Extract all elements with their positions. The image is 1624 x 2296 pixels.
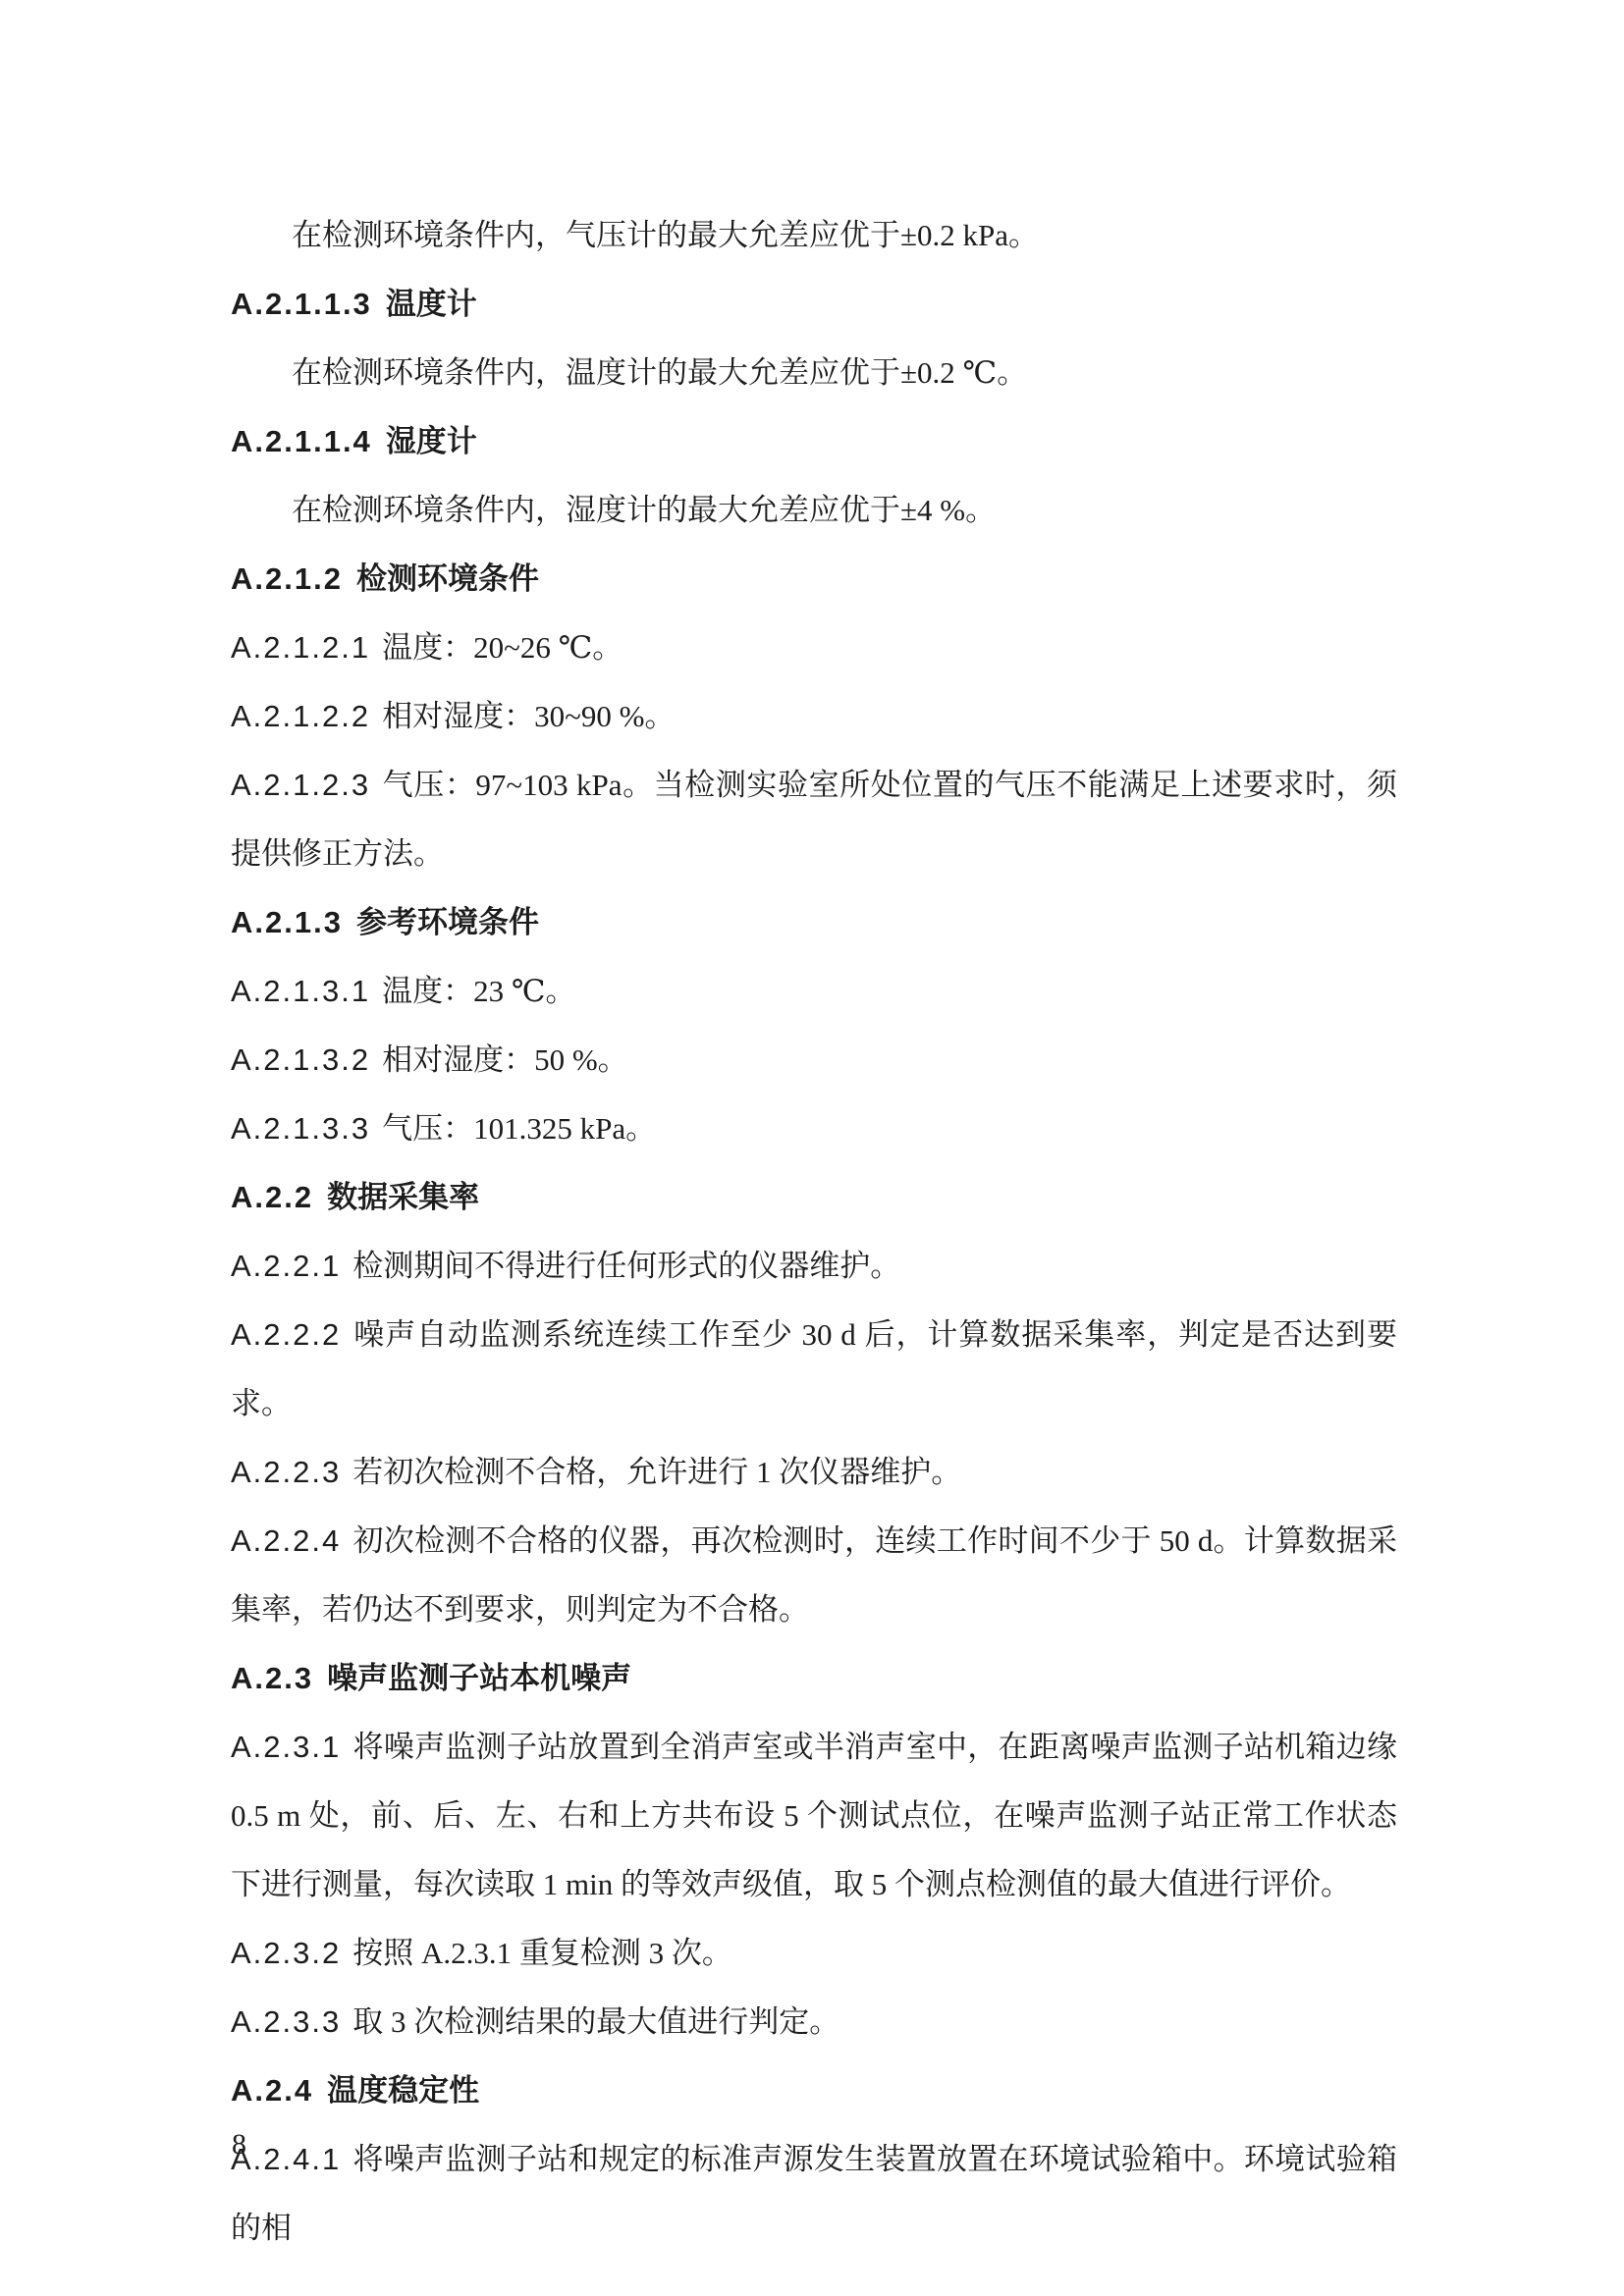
clause-text: 若初次检测不合格，允许进行 1 次仪器维护。 xyxy=(352,1455,961,1489)
clause-paragraph: A.2.2.4初次检测不合格的仪器，再次检测时，连续工作时间不少于 50 d。计… xyxy=(231,1507,1397,1644)
clause-paragraph: A.2.2.1检测期间不得进行任何形式的仪器维护。 xyxy=(231,1232,1397,1301)
section-heading: A.2.1.3参考环境条件 xyxy=(231,888,1397,957)
clause-text: 按照 A.2.3.1 重复检测 3 次。 xyxy=(352,1936,732,1970)
paragraph: 在检测环境条件内，湿度计的最大允差应优于±4 %。 xyxy=(231,476,1397,545)
heading-title: 湿度计 xyxy=(386,424,477,458)
clause-number: A.2.1.2.3 xyxy=(231,768,370,802)
clause-paragraph: A.2.4.1将噪声监测子站和规定的标准声源发生装置放置在环境试验箱中。环境试验… xyxy=(231,2125,1397,2263)
section-heading: A.2.4温度稳定性 xyxy=(231,2056,1397,2125)
clause-number: A.2.4.1 xyxy=(231,2142,341,2176)
clause-paragraph: A.2.1.2.1温度：20~26 ℃。 xyxy=(231,614,1397,682)
page-number: 8 xyxy=(232,2126,246,2163)
clause-text: 温度：20~26 ℃。 xyxy=(382,630,623,665)
heading-number: A.2.4 xyxy=(231,2073,313,2108)
heading-title: 温度稳定性 xyxy=(327,2073,479,2108)
clause-paragraph: A.2.1.3.3气压：101.325 kPa。 xyxy=(231,1095,1397,1163)
clause-number: A.2.2.1 xyxy=(231,1249,341,1283)
clause-number: A.2.1.2.2 xyxy=(231,699,370,733)
heading-number: A.2.1.3 xyxy=(231,905,343,939)
clause-paragraph: A.2.1.2.3气压：97~103 kPa。当检测实验室所处位置的气压不能满足… xyxy=(231,751,1397,888)
document-body: 在检测环境条件内，气压计的最大允差应优于±0.2 kPa。 A.2.1.1.3温… xyxy=(231,201,1397,2263)
section-heading: A.2.2数据采集率 xyxy=(231,1163,1397,1232)
clause-number: A.2.2.2 xyxy=(231,1317,341,1352)
paragraph: 在检测环境条件内，气压计的最大允差应优于±0.2 kPa。 xyxy=(231,201,1397,270)
clause-paragraph: A.2.1.3.2相对湿度：50 %。 xyxy=(231,1026,1397,1095)
heading-number: A.2.1.1.3 xyxy=(231,287,372,321)
heading-number: A.2.1.2 xyxy=(231,561,343,596)
clause-paragraph: A.2.2.3若初次检测不合格，允许进行 1 次仪器维护。 xyxy=(231,1438,1397,1507)
clause-text: 温度：23 ℃。 xyxy=(382,974,575,1008)
clause-text: 气压：101.325 kPa。 xyxy=(382,1111,656,1146)
paragraph: 在检测环境条件内，温度计的最大允差应优于±0.2 ℃。 xyxy=(231,339,1397,407)
section-heading: A.2.1.1.3温度计 xyxy=(231,270,1397,339)
heading-number: A.2.3 xyxy=(231,1661,313,1695)
clause-paragraph: A.2.3.3取 3 次检测结果的最大值进行判定。 xyxy=(231,1988,1397,2056)
clause-number: A.2.1.2.1 xyxy=(231,630,370,665)
heading-title: 温度计 xyxy=(386,287,477,321)
clause-paragraph: A.2.2.2噪声自动监测系统连续工作至少 30 d 后，计算数据采集率，判定是… xyxy=(231,1301,1397,1438)
heading-title: 数据采集率 xyxy=(327,1180,479,1214)
paragraph-text: 在检测环境条件内，温度计的最大允差应优于±0.2 ℃。 xyxy=(292,355,1027,390)
section-heading: A.2.1.1.4湿度计 xyxy=(231,407,1397,476)
clause-text: 噪声自动监测系统连续工作至少 30 d 后，计算数据采集率，判定是否达到要求。 xyxy=(231,1317,1397,1420)
paragraph-text: 在检测环境条件内，湿度计的最大允差应优于±4 %。 xyxy=(292,493,996,527)
clause-text: 相对湿度：30~90 %。 xyxy=(382,699,675,733)
heading-number: A.2.1.1.4 xyxy=(231,424,372,458)
clause-number: A.2.3.3 xyxy=(231,2004,341,2039)
clause-text: 取 3 次检测结果的最大值进行判定。 xyxy=(352,2004,839,2039)
clause-paragraph: A.2.3.1将噪声监测子站放置到全消声室或半消声室中，在距离噪声监测子站机箱边… xyxy=(231,1713,1397,1919)
section-heading: A.2.3噪声监测子站本机噪声 xyxy=(231,1644,1397,1713)
heading-title: 参考环境条件 xyxy=(356,905,539,939)
clause-number: A.2.3.1 xyxy=(231,1730,341,1764)
clause-text: 气压：97~103 kPa。当检测实验室所处位置的气压不能满足上述要求时，须提供… xyxy=(231,768,1397,871)
clause-text: 检测期间不得进行任何形式的仪器维护。 xyxy=(352,1249,900,1283)
clause-paragraph: A.2.1.2.2相对湿度：30~90 %。 xyxy=(231,682,1397,751)
clause-paragraph: A.2.1.3.1温度：23 ℃。 xyxy=(231,957,1397,1026)
clause-number: A.2.1.3.3 xyxy=(231,1111,370,1146)
heading-title: 检测环境条件 xyxy=(356,561,539,596)
section-heading: A.2.1.2检测环境条件 xyxy=(231,545,1397,614)
paragraph-text: 在检测环境条件内，气压计的最大允差应优于±0.2 kPa。 xyxy=(292,218,1039,252)
clause-number: A.2.3.2 xyxy=(231,1936,341,1970)
clause-number: A.2.1.3.1 xyxy=(231,974,370,1008)
clause-number: A.2.1.3.2 xyxy=(231,1042,370,1077)
clause-text: 将噪声监测子站放置到全消声室或半消声室中，在距离噪声监测子站机箱边缘 0.5 m… xyxy=(231,1730,1397,1901)
heading-title: 噪声监测子站本机噪声 xyxy=(327,1661,631,1695)
clause-text: 初次检测不合格的仪器，再次检测时，连续工作时间不少于 50 d。计算数据采集率，… xyxy=(231,1523,1397,1627)
clause-number: A.2.2.3 xyxy=(231,1455,341,1489)
clause-number: A.2.2.4 xyxy=(231,1523,341,1558)
clause-text: 将噪声监测子站和规定的标准声源发生装置放置在环境试验箱中。环境试验箱的相 xyxy=(231,2142,1397,2245)
clause-text: 相对湿度：50 %。 xyxy=(382,1042,628,1077)
heading-number: A.2.2 xyxy=(231,1180,313,1214)
clause-paragraph: A.2.3.2按照 A.2.3.1 重复检测 3 次。 xyxy=(231,1919,1397,1988)
document-page: 在检测环境条件内，气压计的最大允差应优于±0.2 kPa。 A.2.1.1.3温… xyxy=(0,0,1624,2296)
